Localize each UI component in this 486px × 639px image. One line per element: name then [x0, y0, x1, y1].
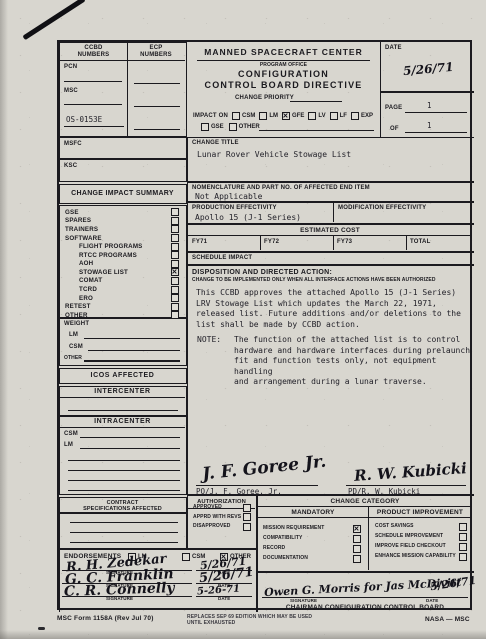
tcrd-checkbox [171, 286, 179, 294]
disposition-title: DISPOSITION AND DIRECTED ACTION: [192, 269, 332, 276]
cat-item-documentation: DOCUMENTATION [258, 554, 366, 564]
intercenter-blank [68, 410, 178, 411]
pcn-label: PCN [64, 64, 77, 71]
chairman-title: CHAIRMAN CONFIGURATION CONTROL BOARD [258, 604, 472, 611]
intracenter-blank-4 [68, 490, 180, 491]
weight-box: WEIGHT LM CSM OTHER [59, 318, 187, 366]
pcn-blank [64, 81, 122, 82]
cis-item-rtcc-programs: RTCC PROGRAMS [60, 251, 186, 260]
endorsement-date-label-3: DATE [218, 597, 230, 602]
disposition-subtitle: CHANGE TO BE IMPLEMENTED ONLY WHEN ALL I… [192, 278, 436, 284]
footer-replaces-note: REPLACES SEP 69 EDITION WHICH MAY BE USE… [187, 615, 312, 626]
icos-affected-header: ICOS AFFECTED [59, 368, 187, 384]
ecp-blank-2 [134, 106, 180, 107]
cat-item-record: RECORD [258, 544, 366, 554]
mandatory-title: MANDATORY [258, 509, 368, 516]
mission-requirement-checkbox-checked [353, 525, 361, 533]
disapproved-checkbox [243, 523, 251, 531]
endorsement-signature-label-3: SIGNATURE [106, 597, 133, 602]
footer-agency: NASA — MSC [425, 616, 470, 623]
scanned-document-page: CCBD NUMBERS ECP NUMBERS PCN MSC OS-0153… [0, 0, 486, 639]
msfc-label: MSFC [64, 141, 82, 148]
flight-programs-checkbox [171, 243, 179, 251]
mandatory-items: MISSION REQUIREMENT COMPATIBILITY RECORD… [258, 524, 366, 564]
nomenclature-box: NOMENCLATURE AND PART NO. OF AFFECTED EN… [187, 182, 474, 202]
stowage-list-checkbox-checked [171, 268, 179, 276]
change-category-title: CHANGE CATEGORY [258, 498, 472, 505]
impact-item-lf: LF [330, 112, 347, 120]
change-priority-label: CHANGE PRIORITY [235, 95, 294, 102]
scan-edge-bottom [0, 630, 486, 639]
center-title: MANNED SPACECRAFT CENTER [187, 47, 380, 57]
icos-affected-title: ICOS AFFECTED [60, 372, 185, 379]
mandatory-rule [258, 517, 368, 518]
weight-lm-blank [84, 338, 180, 339]
msc-blank [64, 104, 122, 105]
spares-checkbox [171, 217, 179, 225]
of-blank [405, 132, 467, 133]
production-effectivity-value: Apollo 15 (J-1 Series) [195, 213, 301, 224]
schedule-improvement-checkbox [459, 533, 467, 541]
total-label: TOTAL [410, 239, 430, 246]
scan-edge-left [0, 0, 8, 639]
kubicki-signature-handwritten: R. W. Kubicki [354, 459, 468, 485]
goree-signature-handwritten: J. F. Goree Jr. [201, 452, 327, 485]
header-rule [60, 60, 185, 61]
page-box: PAGE 1 OF 1 [380, 92, 474, 137]
cis-item-aoh: AOH [60, 260, 186, 269]
trainers-checkbox [171, 225, 179, 233]
impact-item-exp: EXP [351, 112, 373, 120]
change-category-box: CHANGE CATEGORY MANDATORY PRODUCT IMPROV… [257, 495, 474, 572]
ksc-box: KSC [59, 159, 187, 182]
msfc-box: MSFC [59, 137, 187, 159]
improve-field-checkout-checkbox [459, 543, 467, 551]
of-label: OF [390, 126, 399, 133]
estimated-cost-title: ESTIMATED COST [188, 227, 472, 234]
cat-item-improve-field-checkout: IMPROVE FIELD CHECKOUT [370, 542, 472, 552]
page-label: PAGE [385, 105, 402, 112]
record-checkbox [353, 545, 361, 553]
nomenclature-value: Not Applicable [195, 192, 262, 203]
contract-blank-3 [70, 542, 178, 543]
goree-signature-line [196, 485, 318, 486]
weight-csm-blank [88, 350, 180, 351]
product-improvement-rule [368, 517, 472, 518]
ecp-blank-3 [134, 129, 180, 130]
ccbd-number-value: OS-0153E [66, 115, 102, 124]
apprd-with-revs-checkbox [243, 513, 251, 521]
change-impact-summary-header: CHANGE IMPACT SUMMARY [59, 184, 187, 204]
ecp-numbers-header: ECP NUMBERS [127, 45, 185, 59]
note-label: NOTE: [197, 335, 221, 346]
compatibility-checkbox [353, 535, 361, 543]
lf-checkbox [330, 112, 338, 120]
fy73-label: FY73 [337, 239, 352, 246]
ccbd-number-blank [64, 126, 124, 127]
cis-item-software: SOFTWARE [60, 234, 186, 243]
weight-lm-label: LM [69, 332, 78, 339]
schedule-impact-label: SCHEDULE IMPACT [192, 255, 252, 262]
aoh-checkbox [171, 260, 179, 268]
id-number-table: CCBD NUMBERS ECP NUMBERS PCN MSC OS-0153… [59, 42, 187, 137]
change-title-value: Lunar Rover Vehicle Stowage List [197, 150, 351, 161]
cis-item-retest: RETEST [60, 303, 186, 312]
intracenter-blank-2 [68, 470, 180, 471]
change-title-box: CHANGE TITLE Lunar Rover Vehicle Stowage… [187, 137, 474, 182]
contract-specs-body [59, 513, 187, 549]
program-office-label: PROGRAM OFFICE [187, 63, 380, 69]
disposition-body: This CCBD approves the attached Apollo 1… [196, 288, 468, 330]
title-rule [197, 60, 370, 61]
page-blank [405, 112, 467, 113]
impact-on-row1: IMPACT ON CSM LM GFE LV LF EXP [193, 112, 378, 120]
fy72-label: FY72 [264, 239, 279, 246]
contract-blank-1 [70, 522, 178, 523]
ccbd-numbers-header: CCBD NUMBERS [60, 45, 127, 59]
cost-divider-1 [260, 235, 261, 250]
impact-item-gfe: GFE [282, 112, 304, 120]
page-value: 1 [427, 101, 432, 110]
intercenter-box: INTERCENTER [59, 386, 187, 416]
weight-label: WEIGHT [64, 321, 89, 328]
endorsements-box: ENDORSEMENTS LM CSM OTHER R. H. Zedekar … [59, 549, 257, 612]
effectivity-divider [333, 203, 334, 222]
ccbd-form: CCBD NUMBERS ECP NUMBERS PCN MSC OS-0153… [57, 40, 472, 610]
product-improvement-items: COST SAVINGS SCHEDULE IMPROVEMENT IMPROV… [370, 522, 472, 562]
impact-item-lv: LV [308, 112, 325, 120]
exp-checkbox [351, 112, 359, 120]
rtcc-programs-checkbox [171, 251, 179, 259]
ecp-blank-1 [134, 83, 180, 84]
intercenter-rule [60, 397, 185, 398]
of-value: 1 [427, 121, 432, 130]
date-handwritten: 5/26/71 [402, 60, 454, 78]
intracenter-box: INTRACENTER CSM LM [59, 416, 187, 495]
intracenter-blank-1 [68, 460, 180, 461]
change-priority-blank [290, 101, 342, 102]
ksc-label: KSC [64, 163, 77, 170]
intracenter-lm-label: LM [64, 442, 73, 449]
cis-item-ero: ERO [60, 294, 186, 303]
nomenclature-label: NOMENCLATURE AND PART NO. OF AFFECTED EN… [192, 185, 370, 192]
impact-on-label: IMPACT ON [193, 113, 228, 120]
cis-item-spares: SPARES [60, 217, 186, 226]
disposition-box: DISPOSITION AND DIRECTED ACTION: CHANGE … [187, 265, 474, 495]
gse-impact-checkbox [171, 208, 179, 216]
form-header: MANNED SPACECRAFT CENTER PROGRAM OFFICE … [187, 42, 380, 137]
intracenter-csm-blank [80, 437, 180, 438]
fy71-label: FY71 [192, 239, 207, 246]
ero-checkbox [171, 294, 179, 302]
contract-specs-header: CONTRACT SPECIFICATIONS AFFECTED [59, 497, 187, 513]
footer-form-number: MSC Form 1158A (Rev Jul 70) [57, 615, 154, 622]
other-checkbox [229, 123, 237, 131]
cis-item-flight-programs: FLIGHT PROGRAMS [60, 242, 186, 251]
change-category-rule [258, 506, 472, 507]
endorsement-csm-checkbox [182, 553, 190, 561]
auth-item-disapproved: DISAPPROVED [188, 522, 256, 532]
directive-title-line1: CONFIGURATION [187, 69, 380, 79]
msc-label: MSC [64, 88, 78, 95]
cost-savings-checkbox [459, 523, 467, 531]
change-impact-summary-list: GSE SPARES TRAINERS SOFTWARE FLIGHT PROG… [59, 205, 187, 318]
impact-item-csm: CSM [232, 112, 255, 120]
chairman-box: Owen G. Morris for Jas McDivitt 5/26/71 … [257, 572, 474, 612]
cat-item-schedule-improvement: SCHEDULE IMPROVEMENT [370, 532, 472, 542]
lv-checkbox [308, 112, 316, 120]
intracenter-csm-label: CSM [64, 431, 78, 438]
production-effectivity-label: PRODUCTION EFFECTIVITY [192, 205, 277, 212]
weight-csm-label: CSM [69, 344, 83, 351]
cost-divider-3 [406, 235, 407, 250]
estimated-cost-box: ESTIMATED COST FY71 FY72 FY73 TOTAL [187, 224, 474, 252]
authorization-box: AUTHORIZATION APPROVED APPRD WITH REVS D… [187, 495, 257, 549]
impact-item-lm: LM [259, 112, 278, 120]
cat-item-cost-savings: COST SAVINGS [370, 522, 472, 532]
weight-other-label: OTHER [64, 356, 82, 362]
change-impact-summary-title: CHANGE IMPACT SUMMARY [60, 190, 185, 197]
impact-item-gse: GSE [201, 123, 224, 131]
lm-checkbox [259, 112, 267, 120]
date-label: DATE [385, 45, 402, 52]
modification-effectivity-label: MODIFICATION EFFECTIVITY [338, 205, 426, 212]
cis-item-gse: GSE [60, 208, 186, 217]
enhance-mission-capability-checkbox [459, 553, 467, 561]
impact-other-blank [259, 130, 374, 131]
intracenter-blank-3 [68, 480, 180, 481]
cis-item-stowage-list: STOWAGE LIST [60, 268, 186, 277]
date-box: DATE 5/26/71 [380, 42, 474, 92]
cat-item-compatibility: COMPATIBILITY [258, 534, 366, 544]
intracenter-lm-blank [80, 448, 180, 449]
cat-item-mission-requirement: MISSION REQUIREMENT [258, 524, 366, 534]
gfe-checkbox-checked [282, 112, 290, 120]
note-body: The function of the attached list is to … [234, 335, 470, 388]
estimated-cost-rule [188, 235, 472, 236]
contract-blank-2 [70, 532, 178, 533]
product-improvement-title: PRODUCT IMPROVEMENT [368, 509, 472, 516]
documentation-checkbox [353, 555, 361, 563]
intercenter-title: INTERCENTER [60, 388, 185, 395]
schedule-impact-box: SCHEDULE IMPACT [187, 252, 474, 265]
approved-checkbox [243, 504, 251, 512]
software-checkbox [171, 234, 179, 242]
effectivity-box: PRODUCTION EFFECTIVITY Apollo 15 (J-1 Se… [187, 202, 474, 224]
cis-item-comat: COMAT [60, 277, 186, 286]
impact-item-other: OTHER [229, 123, 260, 131]
cis-item-tcrd: TCRD [60, 285, 186, 294]
auth-item-apprd-with-revs: APPRD WITH REVS [188, 513, 256, 523]
cat-item-enhance-mission-capability: ENHANCE MISSION CAPABILITY [370, 552, 472, 562]
cis-item-trainers: TRAINERS [60, 225, 186, 234]
comat-checkbox [171, 277, 179, 285]
scan-artifact-corner-mark [22, 0, 85, 40]
change-title-label: CHANGE TITLE [192, 140, 239, 147]
cost-divider-2 [333, 235, 334, 250]
contract-specs-title: CONTRACT SPECIFICATIONS AFFECTED [60, 500, 185, 512]
gse-checkbox [201, 123, 209, 131]
directive-title-line2: CONTROL BOARD DIRECTIVE [187, 80, 380, 90]
weight-other-blank [84, 360, 180, 362]
retest-checkbox [171, 303, 179, 311]
csm-checkbox [232, 112, 240, 120]
kubicki-signature-line [346, 485, 466, 486]
intracenter-title: INTRACENTER [60, 418, 185, 425]
intracenter-rule [60, 427, 185, 428]
